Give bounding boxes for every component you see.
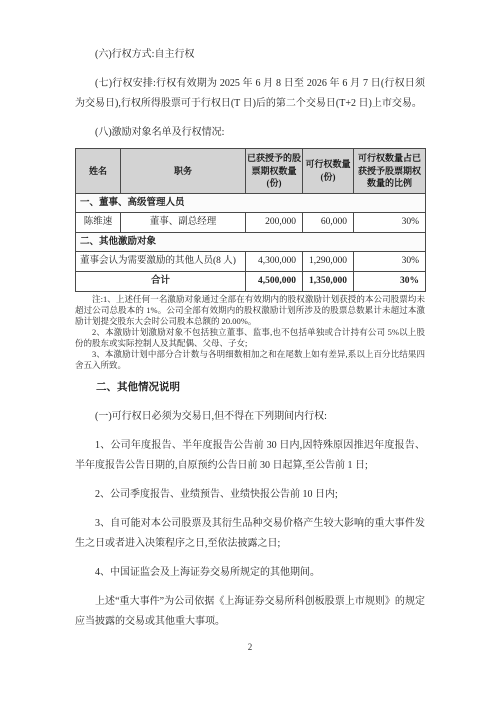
paragraph-blackout-major-events: 3、自可能对本公司股票及其衍生品种交易价格产生较大影响的重大事件发生之日或者进入…	[75, 514, 425, 554]
note-1: 注:1、上述任何一名激励对象通过全部在有效期内的股权激励计划获授的本公司股票均未…	[75, 294, 425, 327]
cell-total-label: 合计	[76, 271, 246, 291]
cell-total-exercisable: 1,350,000	[303, 271, 354, 291]
table-row-total: 合计 4,500,000 1,350,000 30%	[76, 271, 426, 291]
cell-ratio: 30%	[354, 212, 426, 232]
cell-name: 陈维速	[76, 212, 121, 232]
paragraph-blackout-quarterly-report: 2、公司季度报告、业绩预告、业绩快报公告前 10 日内;	[75, 485, 425, 505]
page-number: 2	[0, 642, 500, 652]
table-row-other-personnel: 董事会认为需要激励的其他人员(8 人) 4,300,000 1,290,000 …	[76, 251, 426, 271]
cell-total-granted: 4,500,000	[246, 271, 303, 291]
paragraph-incentive-list-title: (八)激励对象名单及行权情况:	[75, 123, 425, 143]
table-row-chenweisu: 陈维速 董事、副总经理 200,000 60,000 30%	[76, 212, 426, 232]
section-two-heading: 二、其他情况说明	[75, 378, 425, 398]
table-section-other-incentive: 二、其他激励对象	[76, 232, 426, 251]
cell-name-position: 董事会认为需要激励的其他人员(8 人)	[76, 251, 246, 271]
table-section-directors: 一、董事、高级管理人员	[76, 193, 426, 212]
header-name: 姓名	[76, 149, 121, 194]
header-granted-options: 已获授予的股票期权数量(份)	[246, 149, 303, 194]
cell-total-ratio: 30%	[354, 271, 426, 291]
cell-granted: 200,000	[246, 212, 303, 232]
paragraph-exercise-method: (六)行权方式:自主行权	[75, 45, 425, 65]
cell-position: 董事、副总经理	[121, 212, 246, 232]
table-header-row: 姓名 职务 已获授予的股票期权数量(份) 可行权数量(份) 可行权数量占已获授予…	[76, 149, 426, 194]
paragraph-exercise-arrangement: (七)行权安排:行权有效期为 2025 年 6 月 8 日至 2026 年 6 …	[75, 74, 425, 114]
paragraph-major-events-definition: 上述“重大事件”为公司依据《上海证券交易所科创板股票上市规则》的规定应当披露的交…	[75, 592, 425, 632]
note-3: 3、本激励计划中部分合计数与各明细数相加之和在尾数上如有差异,系以上百分比结果四…	[75, 349, 425, 371]
paragraph-blackout-other-periods: 4、中国证监会及上海证券交易所规定的其他期间。	[75, 563, 425, 583]
section-label: 二、其他激励对象	[76, 232, 426, 251]
header-position: 职务	[121, 149, 246, 194]
cell-granted: 4,300,000	[246, 251, 303, 271]
cell-ratio: 30%	[354, 251, 426, 271]
paragraph-blackout-annual-report: 1、公司年度报告、半年度报告公告前 30 日内,因特殊原因推迟年度报告、半年度报…	[75, 436, 425, 476]
section-label: 一、董事、高级管理人员	[76, 193, 426, 212]
paragraph-exercise-day-rule: (一)可行权日必须为交易日,但不得在下列期间内行权:	[75, 407, 425, 427]
cell-exercisable: 60,000	[303, 212, 354, 232]
header-exercisable-ratio: 可行权数量占已获授予股票期权数量的比例	[354, 149, 426, 194]
incentive-exercise-table: 姓名 职务 已获授予的股票期权数量(份) 可行权数量(份) 可行权数量占已获授予…	[75, 148, 426, 292]
document-page: (六)行权方式:自主行权 (七)行权安排:行权有效期为 2025 年 6 月 8…	[0, 0, 500, 707]
cell-exercisable: 1,290,000	[303, 251, 354, 271]
header-exercisable-quantity: 可行权数量(份)	[303, 149, 354, 194]
note-2: 2、本激励计划激励对象不包括独立董事、监事,也不包括单独或合计持有公司 5%以上…	[75, 327, 425, 349]
table-notes: 注:1、上述任何一名激励对象通过全部在有效期内的股权激励计划获授的本公司股票均未…	[75, 294, 425, 371]
